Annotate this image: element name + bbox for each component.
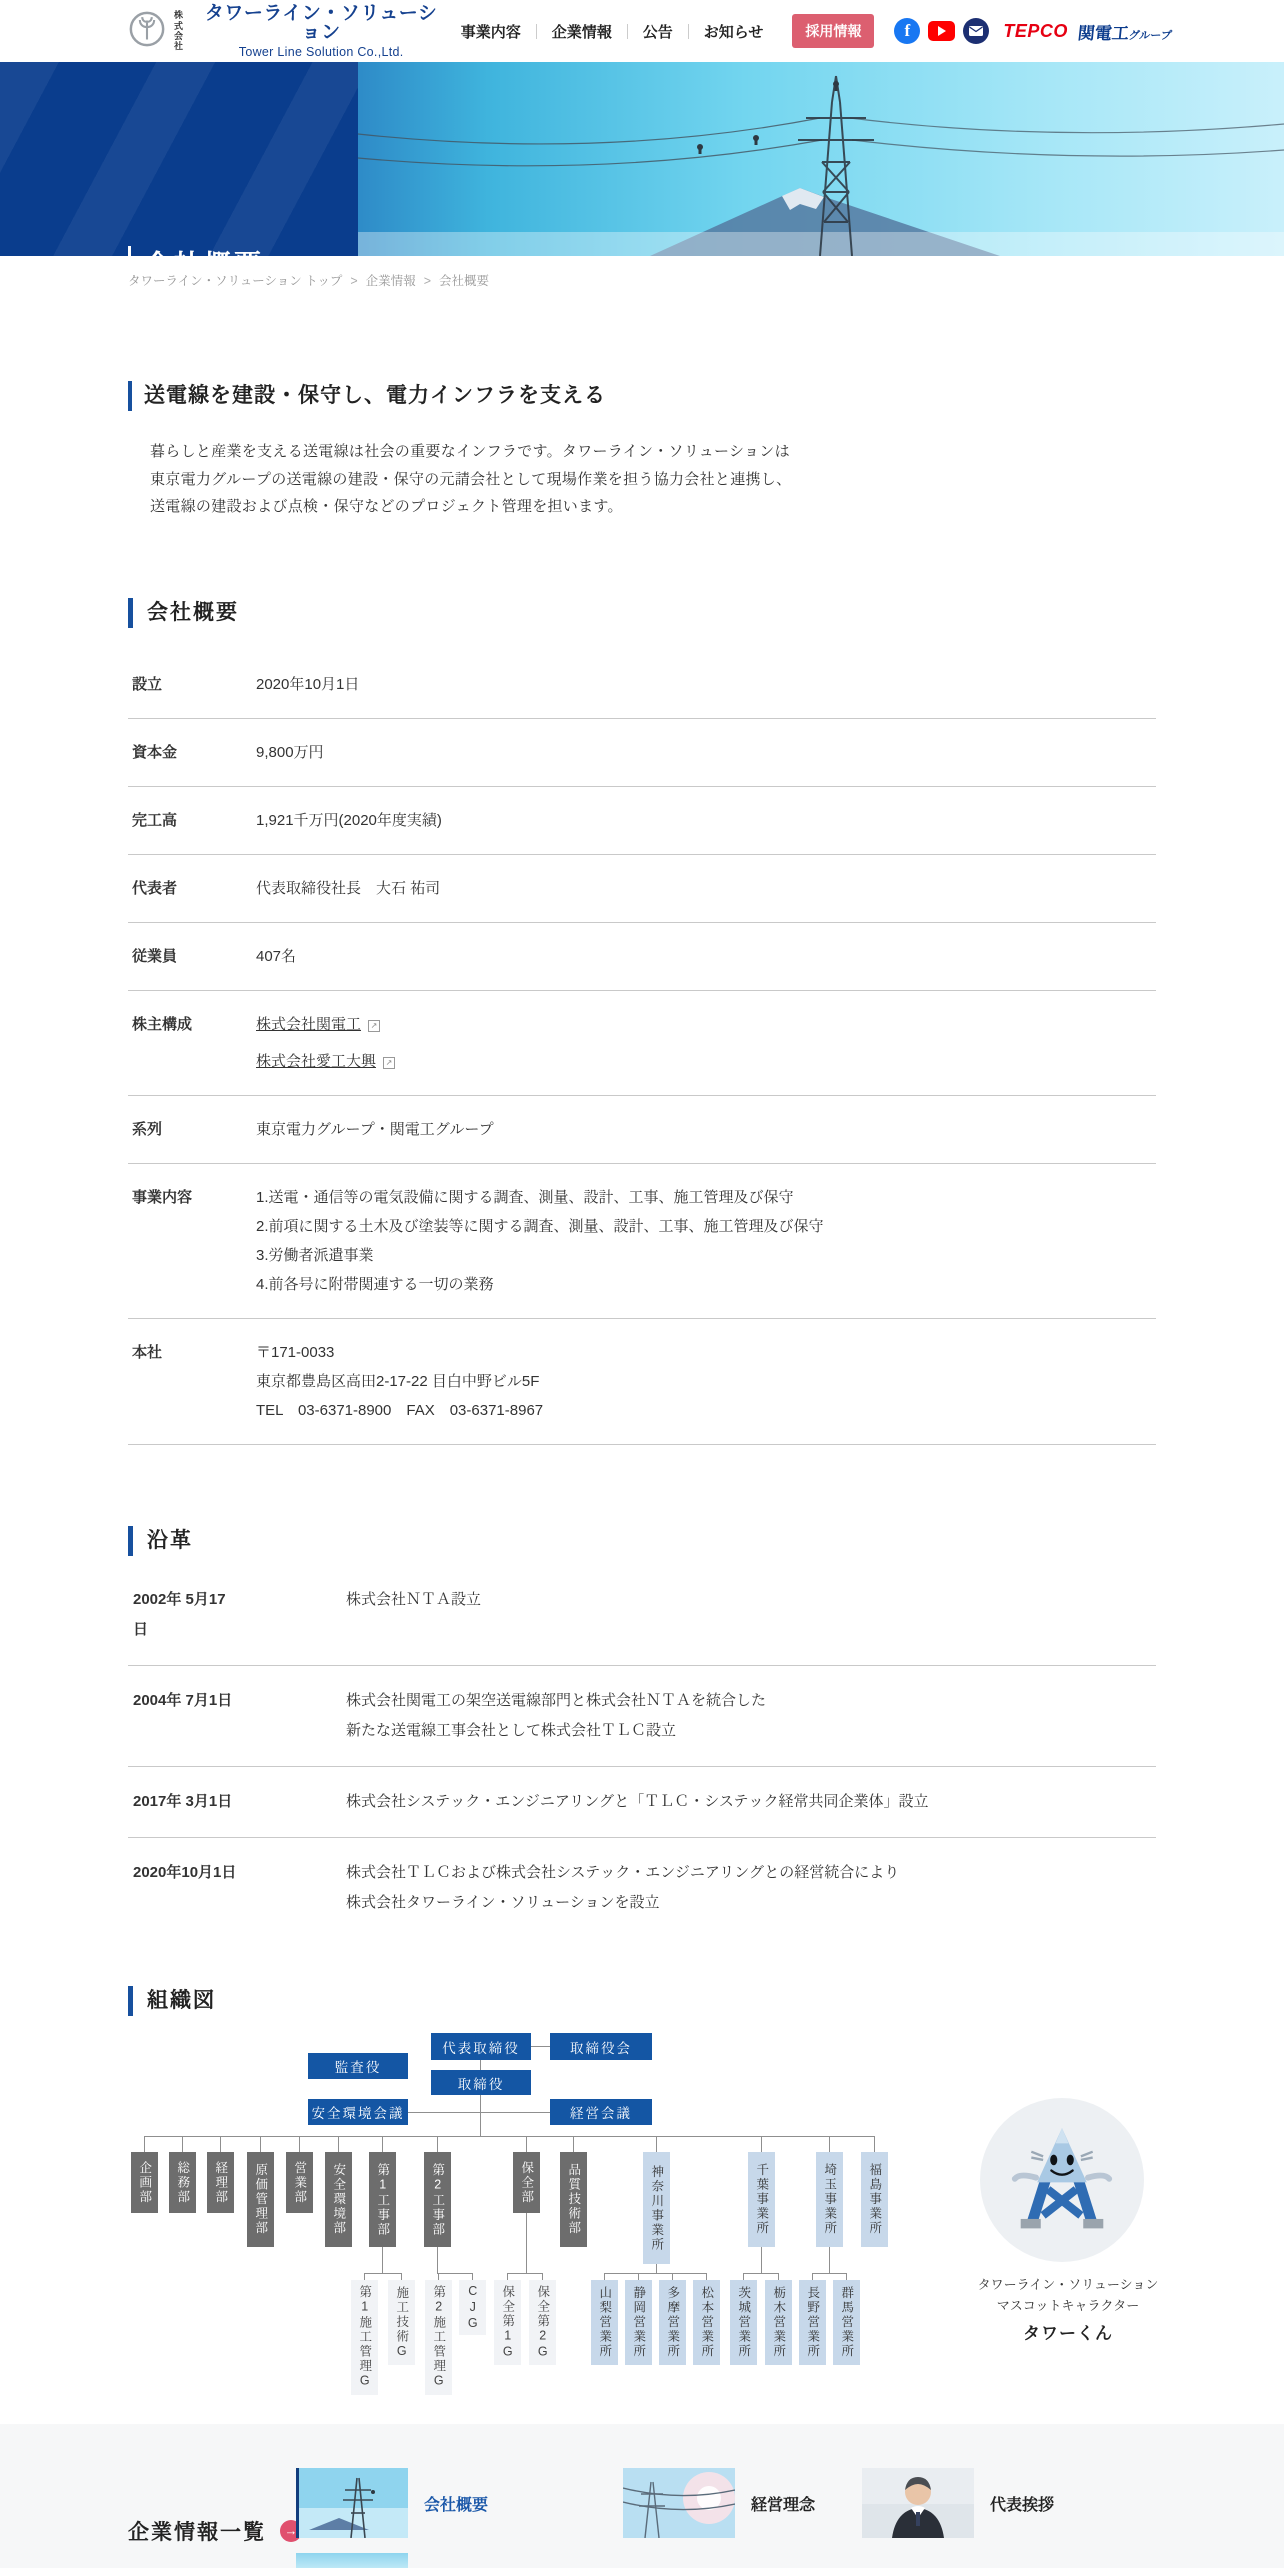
shareholder-link[interactable]: 株式会社関電工 bbox=[256, 1016, 361, 1033]
footer-band: 企業情報一覧 → 会社概要経営理念代表挨拶 bbox=[0, 2424, 1284, 2568]
footer-card-thumb bbox=[623, 2468, 735, 2538]
overview-value-line: 2.前項に関する土木及び塗装等に関する調査、測量、設計、工事、施工管理及び保守 bbox=[256, 1212, 824, 1241]
logo-company-name: タワーライン・ソリューション bbox=[197, 4, 446, 42]
mascot-image bbox=[980, 2098, 1144, 2262]
footer-card-thumb bbox=[296, 2468, 408, 2538]
logo-emblem-icon bbox=[128, 10, 166, 53]
org-connector-line bbox=[672, 2273, 673, 2280]
footer-card-2[interactable]: 代表挨拶 bbox=[862, 2468, 1054, 2538]
shareholder-link-line: 株式会社関電工↗ bbox=[256, 1010, 395, 1039]
history-description-line: 株式会社ＴＬＣおよび株式会社システック・エンジニアリングとの経営統合により bbox=[346, 1858, 899, 1888]
footer-card-label: 会社概要 bbox=[424, 2492, 488, 2515]
org-node-label: 保全第2G bbox=[536, 2285, 549, 2361]
org-connector-line bbox=[507, 2273, 543, 2274]
org-node-dept: 第1工事部 bbox=[369, 2152, 396, 2247]
footer-card-label: 経営理念 bbox=[751, 2492, 815, 2515]
shareholder-link[interactable]: 株式会社愛工大興 bbox=[256, 1053, 376, 1070]
shareholder-link-line: 株式会社愛工大興↗ bbox=[256, 1047, 395, 1076]
overview-row-label: 完工高 bbox=[132, 806, 205, 835]
history-description: 株式会社システック・エンジニアリングと「ＴＬＣ・システック経常共同企業体」設立 bbox=[346, 1787, 929, 1817]
nav-item-1[interactable]: 企業情報 bbox=[537, 21, 627, 42]
history-date: 2020年10月1日 bbox=[133, 1858, 238, 1918]
org-node-label: 品質技術部 bbox=[567, 2163, 580, 2236]
org-node-sub: CJG bbox=[459, 2280, 486, 2335]
overview-row-8: 本社〒171-0033東京都豊島区高田2-17-22 目白中野ビル5FTEL 0… bbox=[128, 1319, 1156, 1445]
org-connector-line bbox=[437, 2247, 438, 2273]
overview-value-line: 東京都豊島区高田2-17-22 目白中野ビル5F bbox=[256, 1367, 543, 1396]
overview-row-3: 代表者代表取締役社長 大石 祐司 bbox=[128, 855, 1156, 923]
overview-value-line: 9,800万円 bbox=[256, 738, 324, 767]
org-connector-line bbox=[438, 2273, 439, 2280]
breadcrumb-item-1[interactable]: 企業情報 bbox=[366, 274, 416, 288]
org-connector-line bbox=[401, 2273, 402, 2280]
org-connector-line bbox=[761, 2247, 762, 2273]
org-node-label: 福島事業所 bbox=[868, 2163, 881, 2236]
org-connector-line bbox=[382, 2247, 383, 2273]
org-node-label: 第2施工管理G bbox=[432, 2285, 445, 2390]
overview-row-7: 事業内容1.送電・通信等の電気設備に関する調査、測量、設計、工事、施工管理及び保… bbox=[128, 1164, 1156, 1319]
mail-icon[interactable] bbox=[963, 18, 989, 44]
org-node-label: 長野営業所 bbox=[806, 2286, 819, 2359]
org-node-label: 保全第1G bbox=[501, 2285, 514, 2361]
org-node-office: 長野営業所 bbox=[799, 2280, 826, 2365]
org-node-exec: 安全環境会議 bbox=[308, 2099, 408, 2125]
overview-value-line: 〒171-0033 bbox=[256, 1338, 543, 1367]
intro-heading: 送電線を建設・保守し、電力インフラを支える bbox=[128, 381, 606, 411]
section-title-org-chart: 組織図 bbox=[128, 1986, 216, 2016]
overview-row-label: 設立 bbox=[132, 670, 205, 699]
breadcrumb-separator: > bbox=[424, 274, 431, 288]
org-node-label: 松本営業所 bbox=[700, 2286, 713, 2359]
org-node-label: 保全部 bbox=[520, 2161, 533, 2205]
org-node-dept: 企画部 bbox=[131, 2152, 158, 2213]
org-node-sub: 施工技術G bbox=[388, 2280, 415, 2365]
org-node-label: 監査役 bbox=[335, 2056, 382, 2076]
overview-row-value: 東京電力グループ・関電工グループ bbox=[256, 1115, 494, 1144]
org-node-label: 代表取締役 bbox=[442, 2037, 520, 2057]
sns-icons: f bbox=[886, 18, 989, 44]
org-node-dept: 保全部 bbox=[513, 2152, 540, 2213]
org-connector-line bbox=[260, 2136, 261, 2152]
org-connector-line bbox=[604, 2273, 707, 2274]
overview-value-line: 1.送電・通信等の電気設備に関する調査、測量、設計、工事、施工管理及び保守 bbox=[256, 1183, 824, 1212]
org-node-dept: 品質技術部 bbox=[560, 2152, 587, 2247]
org-connector-line bbox=[706, 2273, 707, 2280]
org-node-label: 神奈川事業所 bbox=[650, 2165, 663, 2252]
org-connector-line bbox=[480, 2060, 481, 2070]
org-connector-line bbox=[812, 2273, 813, 2280]
org-connector-line bbox=[437, 2273, 473, 2274]
org-node-office: 神奈川事業所 bbox=[643, 2152, 670, 2264]
nav-item-2[interactable]: 公告 bbox=[628, 21, 688, 42]
history-description: 株式会社関電工の架空送電線部門と株式会社ＮＴＡを統合した新たな送電線工事会社とし… bbox=[346, 1686, 766, 1746]
org-node-label: 栃木営業所 bbox=[772, 2286, 785, 2359]
history-row-3: 2020年10月1日株式会社ＴＬＣおよび株式会社システック・エンジニアリングとの… bbox=[128, 1838, 1156, 1938]
external-link-icon: ↗ bbox=[368, 1020, 380, 1032]
overview-row-value: 〒171-0033東京都豊島区高田2-17-22 目白中野ビル5FTEL 03-… bbox=[256, 1338, 543, 1425]
breadcrumb-separator: > bbox=[350, 274, 357, 288]
org-connector-line bbox=[220, 2136, 221, 2152]
org-connector-line bbox=[338, 2136, 339, 2152]
intro-paragraph-line: 東京電力グループの送電線の建設・保守の元請会社として現場作業を担う協力会社と連携… bbox=[150, 466, 1050, 494]
intro-body: 暮らしと産業を支える送電線は社会の重要なインフラです。タワーライン・ソリューショ… bbox=[150, 438, 1050, 521]
org-connector-line bbox=[812, 2273, 847, 2274]
external-link-icon: ↗ bbox=[383, 1057, 395, 1069]
intro-paragraph-line: 送電線の建設および点検・保守などのプロジェクト管理を担います。 bbox=[150, 493, 1050, 521]
footer-card-1[interactable]: 経営理念 bbox=[623, 2468, 815, 2538]
org-node-label: 営業部 bbox=[293, 2161, 306, 2205]
overview-value-line: 2020年10月1日 bbox=[256, 670, 359, 699]
org-connector-line bbox=[829, 2136, 830, 2152]
overview-row-label: 系列 bbox=[132, 1115, 205, 1144]
breadcrumb: タワーライン・ソリューション トップ>企業情報>会社概要 bbox=[128, 271, 489, 289]
overview-value-line: TEL 03-6371-8900 FAX 03-6371-8967 bbox=[256, 1396, 543, 1425]
org-node-exec: 経営会議 bbox=[550, 2099, 652, 2125]
overview-row-label: 本社 bbox=[132, 1338, 205, 1425]
nav-item-3[interactable]: お知らせ bbox=[689, 21, 779, 42]
footer-card-thumb bbox=[862, 2468, 974, 2538]
org-node-office: 松本営業所 bbox=[693, 2280, 720, 2365]
page-title: 会社概要 bbox=[144, 246, 264, 256]
org-node-dept: 営業部 bbox=[286, 2152, 313, 2213]
org-node-office: 千葉事業所 bbox=[748, 2152, 775, 2247]
org-node-sub: 第2施工管理G bbox=[425, 2280, 452, 2395]
org-node-dept: 第2工事部 bbox=[424, 2152, 451, 2247]
org-node-label: 山梨営業所 bbox=[598, 2286, 611, 2359]
footer-card-label: 代表挨拶 bbox=[990, 2492, 1054, 2515]
org-node-office: 埼玉事業所 bbox=[816, 2152, 843, 2247]
org-node-exec: 取締役会 bbox=[550, 2033, 652, 2060]
org-connector-line bbox=[364, 2273, 402, 2274]
org-node-exec: 代表取締役 bbox=[431, 2033, 531, 2060]
org-connector-line bbox=[656, 2264, 657, 2273]
org-connector-line bbox=[526, 2136, 527, 2152]
page: 株式 会社 タワーライン・ソリューション Tower Line Solution… bbox=[0, 0, 1284, 2568]
org-connector-line bbox=[761, 2136, 762, 2152]
overview-row-value: 1.送電・通信等の電気設備に関する調査、測量、設計、工事、施工管理及び保守2.前… bbox=[256, 1183, 824, 1299]
youtube-icon[interactable] bbox=[928, 21, 955, 41]
org-connector-line bbox=[182, 2136, 183, 2152]
org-connector-line bbox=[437, 2136, 438, 2152]
org-node-office: 多摩営業所 bbox=[659, 2280, 686, 2365]
nav-item-0[interactable]: 事業内容 bbox=[446, 21, 536, 42]
org-connector-line bbox=[299, 2136, 300, 2152]
org-node-label: 安全環境会議 bbox=[312, 2102, 405, 2122]
mascot-caption: タワーライン・ソリューション マスコットキャラクター タワーくん bbox=[918, 2274, 1218, 2344]
kandenko-name: 関電工 bbox=[1077, 24, 1130, 43]
org-node-office: 静岡営業所 bbox=[625, 2280, 652, 2365]
overview-value-line: 代表取締役社長 大石 祐司 bbox=[256, 874, 440, 903]
org-node-sub: 保全第1G bbox=[494, 2280, 521, 2365]
kandenko-logo[interactable]: 関電工グループ bbox=[1077, 19, 1174, 44]
logo-company-name-en: Tower Line Solution Co.,Ltd. bbox=[197, 45, 446, 59]
footer-title: 企業情報一覧 bbox=[128, 2516, 266, 2546]
overview-row-label: 従業員 bbox=[132, 942, 205, 971]
overview-row-2: 完工高1,921千万円(2020年度実績) bbox=[128, 787, 1156, 855]
org-node-label: 取締役 bbox=[458, 2073, 505, 2093]
org-connector-line bbox=[531, 2046, 550, 2047]
mascot-caption-line1: タワーライン・ソリューション bbox=[918, 2274, 1218, 2295]
overview-value-line: 3.労働者派遣事業 bbox=[256, 1241, 824, 1270]
overview-value-line: 1,921千万円(2020年度実績) bbox=[256, 806, 442, 835]
overview-row-value: 1,921千万円(2020年度実績) bbox=[256, 806, 442, 835]
history-row-0: 2002年 5月17日株式会社ＮＴＡ設立 bbox=[128, 1565, 1156, 1666]
org-connector-line bbox=[382, 2136, 383, 2152]
org-node-label: 茨城営業所 bbox=[737, 2286, 750, 2359]
org-connector-line bbox=[408, 2112, 550, 2113]
org-node-label: 第2工事部 bbox=[431, 2163, 444, 2237]
overview-row-0: 設立2020年10月1日 bbox=[128, 651, 1156, 719]
org-connector-line bbox=[573, 2136, 574, 2152]
org-node-label: 群馬営業所 bbox=[840, 2286, 853, 2359]
overview-row-value: 2020年10月1日 bbox=[256, 670, 359, 699]
mascot-tower-kun-icon bbox=[1003, 2121, 1121, 2239]
org-node-label: 企画部 bbox=[138, 2161, 151, 2205]
org-connector-line bbox=[507, 2273, 508, 2280]
org-node-label: 原価管理部 bbox=[254, 2163, 267, 2236]
site-header: 株式 会社 タワーライン・ソリューション Tower Line Solution… bbox=[0, 0, 1284, 62]
org-connector-line bbox=[480, 2095, 481, 2136]
org-node-dept: 経理部 bbox=[207, 2152, 234, 2213]
footer-card-0[interactable]: 会社概要 bbox=[296, 2468, 488, 2538]
org-connector-line bbox=[364, 2273, 365, 2280]
history-description: 株式会社ＮＴＡ設立 bbox=[346, 1585, 481, 1645]
org-node-label: 総務部 bbox=[176, 2161, 189, 2205]
hero-blue-panel bbox=[0, 62, 358, 256]
org-node-label: 安全環境部 bbox=[332, 2163, 345, 2236]
org-node-sub: 第1施工管理G bbox=[351, 2280, 378, 2395]
history-table: 2002年 5月17日株式会社ＮＴＡ設立2004年 7月1日株式会社関電工の架空… bbox=[128, 1565, 1156, 1938]
history-description-line: 株式会社関電工の架空送電線部門と株式会社ＮＴＡを統合した bbox=[346, 1686, 766, 1716]
history-date: 2017年 3月1日 bbox=[133, 1787, 238, 1817]
hero-title-block: 会社概要 bbox=[128, 246, 264, 256]
company-logo[interactable]: 株式 会社 タワーライン・ソリューション Tower Line Solution… bbox=[128, 4, 446, 59]
overview-row-label: 代表者 bbox=[132, 874, 205, 903]
breadcrumb-item-2: 会社概要 bbox=[439, 274, 489, 288]
history-date: 2004年 7月1日 bbox=[133, 1686, 238, 1746]
org-node-label: 経理部 bbox=[214, 2161, 227, 2205]
org-connector-line bbox=[472, 2273, 473, 2280]
overview-table: 設立2020年10月1日資本金9,800万円完工高1,921千万円(2020年度… bbox=[128, 651, 1156, 1445]
overview-value-line: 4.前各号に附帯関連する一切の業務 bbox=[256, 1270, 824, 1299]
overview-row-label: 事業内容 bbox=[132, 1183, 205, 1299]
org-connector-line bbox=[778, 2273, 779, 2280]
org-connector-line bbox=[144, 2136, 145, 2152]
overview-value-line: 407名 bbox=[256, 942, 296, 971]
org-connector-line bbox=[829, 2247, 830, 2273]
kandenko-suffix: グループ bbox=[1128, 30, 1172, 42]
org-connector-line bbox=[874, 2136, 875, 2152]
mascot-caption-line2: マスコットキャラクター bbox=[918, 2295, 1218, 2316]
breadcrumb-item-0[interactable]: タワーライン・ソリューション トップ bbox=[128, 274, 342, 288]
history-row-1: 2004年 7月1日株式会社関電工の架空送電線部門と株式会社ＮＴＡを統合した新た… bbox=[128, 1666, 1156, 1767]
history-description: 株式会社ＴＬＣおよび株式会社システック・エンジニアリングとの経営統合により株式会… bbox=[346, 1858, 899, 1918]
recruit-button[interactable]: 採用情報 bbox=[792, 14, 874, 48]
org-node-office: 栃木営業所 bbox=[765, 2280, 792, 2365]
org-connector-line bbox=[526, 2213, 527, 2273]
org-node-exec: 監査役 bbox=[308, 2053, 408, 2079]
history-description-line: 株式会社ＮＴＡ設立 bbox=[346, 1585, 481, 1615]
org-node-label: 静岡営業所 bbox=[632, 2286, 645, 2359]
nav-items: 事業内容企業情報公告お知らせ bbox=[446, 21, 779, 42]
hero-banner: 会社概要 bbox=[0, 62, 1284, 256]
org-node-label: CJG bbox=[466, 2284, 479, 2332]
org-connector-line bbox=[846, 2273, 847, 2280]
overview-row-4: 従業員407名 bbox=[128, 923, 1156, 991]
intro-paragraph-line: 暮らしと産業を支える送電線は社会の重要なインフラです。タワーライン・ソリューショ… bbox=[150, 438, 1050, 466]
overview-row-label: 株主構成 bbox=[132, 1010, 205, 1076]
logo-text: タワーライン・ソリューション Tower Line Solution Co.,L… bbox=[197, 4, 446, 59]
history-description-line: 株式会社システック・エンジニアリングと「ＴＬＣ・システック経常共同企業体」設立 bbox=[346, 1787, 929, 1817]
overview-row-value: 代表取締役社長 大石 祐司 bbox=[256, 874, 440, 903]
org-node-exec: 取締役 bbox=[431, 2070, 531, 2095]
history-row-2: 2017年 3月1日株式会社システック・エンジニアリングと「ＴＬＣ・システック経… bbox=[128, 1767, 1156, 1838]
section-title-overview: 会社概要 bbox=[128, 598, 239, 628]
overview-row-label: 資本金 bbox=[132, 738, 205, 767]
facebook-icon[interactable]: f bbox=[894, 18, 920, 44]
footer-title-wrap: 企業情報一覧 → bbox=[128, 2516, 302, 2546]
org-connector-line bbox=[638, 2273, 639, 2280]
main-nav: 事業内容企業情報公告お知らせ 採用情報 f TEPCO 関電工グループ bbox=[446, 14, 1172, 48]
org-chart: タワーライン・ソリューション マスコットキャラクター タワーくん 監査役代表取締… bbox=[128, 2030, 1156, 2430]
org-node-label: 経営会議 bbox=[570, 2102, 632, 2122]
overview-row-value: 9,800万円 bbox=[256, 738, 324, 767]
overview-row-1: 資本金9,800万円 bbox=[128, 719, 1156, 787]
org-node-dept: 原価管理部 bbox=[247, 2152, 274, 2247]
org-node-label: 施工技術G bbox=[395, 2286, 408, 2360]
org-node-dept: 安全環境部 bbox=[325, 2152, 352, 2247]
org-node-sub: 保全第2G bbox=[529, 2280, 556, 2365]
org-node-dept: 総務部 bbox=[169, 2152, 196, 2213]
org-connector-line bbox=[542, 2273, 543, 2280]
org-node-label: 第1工事部 bbox=[376, 2163, 389, 2237]
overview-row-value: 407名 bbox=[256, 942, 296, 971]
org-node-label: 多摩営業所 bbox=[666, 2286, 679, 2359]
history-description-line: 株式会社タワーライン・ソリューションを設立 bbox=[346, 1888, 899, 1918]
org-node-label: 埼玉事業所 bbox=[823, 2163, 836, 2236]
overview-value-line: 東京電力グループ・関電工グループ bbox=[256, 1115, 494, 1144]
history-date: 2002年 5月17日 bbox=[133, 1585, 238, 1645]
org-node-office: 福島事業所 bbox=[861, 2152, 888, 2247]
footer-next-row-thumb bbox=[296, 2553, 408, 2568]
overview-row-value: 株式会社関電工↗株式会社愛工大興↗ bbox=[256, 1010, 395, 1076]
history-description-line: 新たな送電線工事会社として株式会社ＴＬＣ設立 bbox=[346, 1716, 766, 1746]
org-connector-line bbox=[656, 2136, 657, 2152]
org-connector-line bbox=[144, 2136, 875, 2137]
org-node-label: 第1施工管理G bbox=[358, 2285, 371, 2390]
mascot-name: タワーくん bbox=[918, 2319, 1218, 2344]
org-connector-line bbox=[604, 2273, 605, 2280]
tepco-logo[interactable]: TEPCO bbox=[1003, 21, 1068, 42]
org-node-office: 群馬営業所 bbox=[833, 2280, 860, 2365]
logo-prefix: 株式 会社 bbox=[174, 10, 191, 51]
org-node-label: 千葉事業所 bbox=[755, 2163, 768, 2236]
org-node-office: 山梨営業所 bbox=[591, 2280, 618, 2365]
org-connector-line bbox=[743, 2273, 744, 2280]
org-connector-line bbox=[743, 2273, 779, 2274]
overview-row-5: 株主構成株式会社関電工↗株式会社愛工大興↗ bbox=[128, 991, 1156, 1096]
section-title-history: 沿革 bbox=[128, 1526, 193, 1556]
org-node-office: 茨城営業所 bbox=[730, 2280, 757, 2365]
org-node-label: 取締役会 bbox=[570, 2037, 632, 2057]
overview-row-6: 系列東京電力グループ・関電工グループ bbox=[128, 1096, 1156, 1164]
